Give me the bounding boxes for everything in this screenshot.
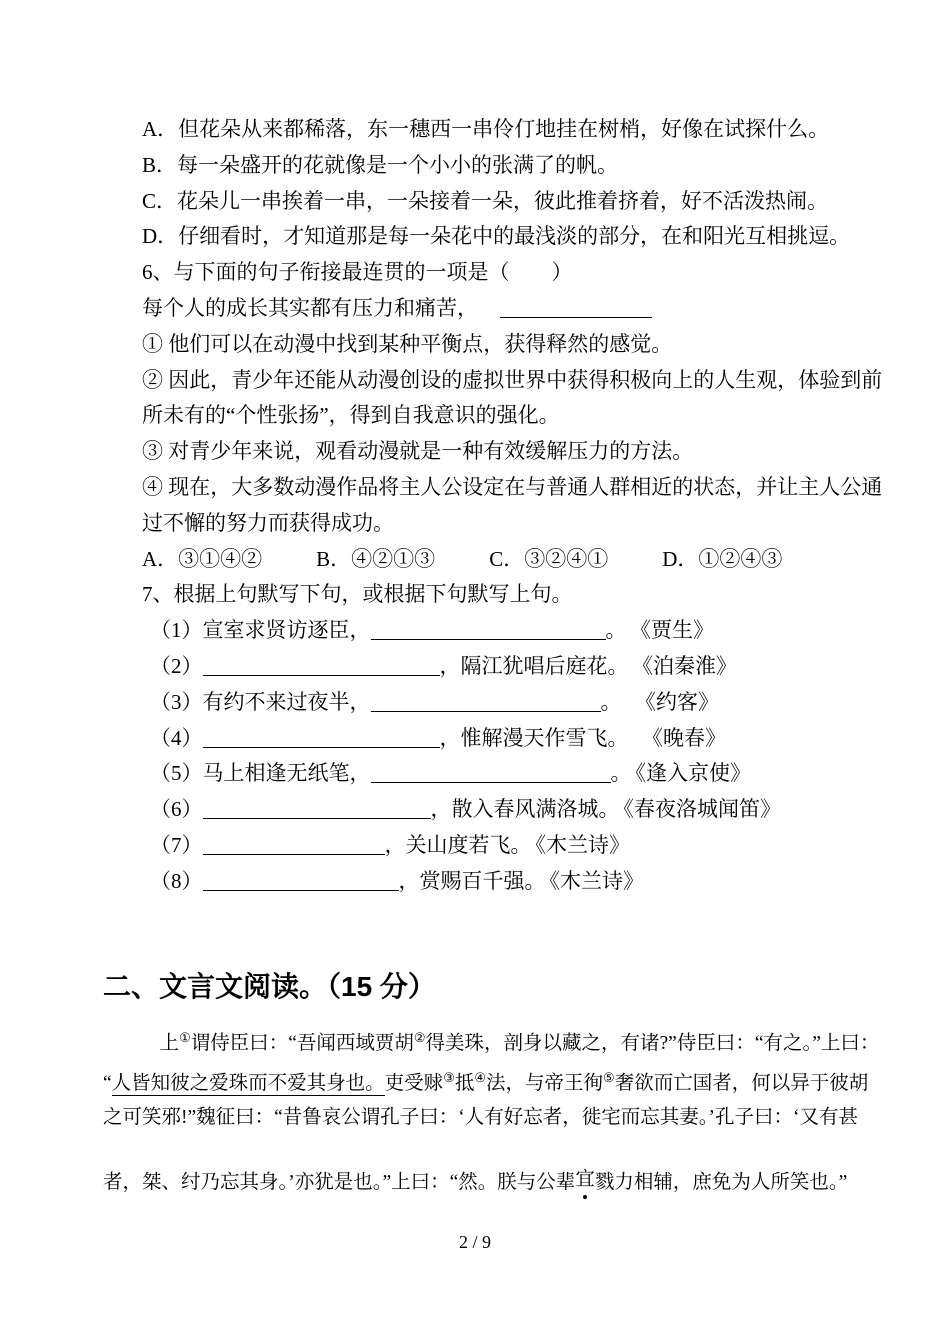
question6-lead-line: 每个人的成长其实都有压力和痛苦， [142, 291, 850, 327]
poem-title: 《晚春》 [653, 726, 727, 750]
answer-blank [371, 761, 611, 783]
question6-option-b: B．④②①③ [316, 542, 435, 578]
answer-blank [203, 869, 399, 891]
question7-stem: 7、根据上句默写下句，或根据下句默写上句。 [142, 577, 850, 613]
passage-line-1: 上①谓侍臣曰：“吾闻西域贾胡②得美珠，剖身以藏之，有诸?”侍臣曰：“有之。”上曰… [103, 1018, 852, 1058]
question6-sentence-4-wrap: 过不懈的努力而获得成功。 [142, 506, 850, 542]
verse-text: 宣室求贤访逐臣， [203, 618, 371, 642]
passage-text: 抵 [455, 1073, 475, 1094]
verse-text: ，隔江犹唱后庭花。 [440, 654, 629, 678]
passage-line-4: 者，桀、纣乃忘其身。’亦犹是也。”上曰：“然。朕与公辈宜戮力相辅，庶免为人所笑也… [103, 1160, 852, 1200]
poem-title: 《春夜洛城闻笛》 [624, 797, 782, 821]
item-number: （8） [150, 869, 203, 893]
answer-blank [500, 296, 652, 318]
answer-blank [371, 618, 606, 640]
passage-text: 得美珠，剖身以藏之，有诸?”侍臣曰：“有之。”上曰： [426, 1033, 880, 1054]
recite-item-4: （4），惟解漫天作雪飞。《晚春》 [142, 721, 850, 757]
question6-option-a: A．③①④② [142, 542, 262, 578]
question6-sentence-3: ③ 对青少年来说，观看动漫就是一种有效缓解压力的方法。 [142, 434, 850, 470]
answer-blank [371, 690, 601, 712]
question6-sentence-4: ④ 现在，大多数动漫作品将主人公设定在与普通人群相近的状态，并让主人公通 [142, 470, 850, 506]
verse-punct: 。 [601, 690, 622, 714]
poem-title: 《约客》 [646, 690, 720, 714]
verse-punct: 。 [611, 761, 632, 785]
annotation-marker-5: ⑤ [603, 1070, 615, 1085]
item-number: （3） [150, 690, 203, 714]
classical-passage: 上①谓侍臣曰：“吾闻西域贾胡②得美珠，剖身以藏之，有诸?”侍臣曰：“有之。”上曰… [103, 1018, 852, 1200]
recite-item-5: （5）马上相逢无纸笔，。《逢入京使》 [142, 756, 850, 792]
verse-text: ，关山度若飞。 [385, 833, 532, 857]
question6-option-c: C．③②④① [489, 542, 608, 578]
question5-option-d: D．仔细看时，才知道那是每一朵花中的最浅淡的部分，在和阳光互相挑逗。 [142, 219, 850, 255]
questions-section: A．但花朵从来都稀落，东一穗西一串伶仃地挂在树梢，好像在试探什么。 B．每一朵盛… [0, 0, 950, 900]
verse-text: ，惟解漫天作雪飞。 [440, 726, 629, 750]
item-number: （4） [150, 726, 203, 750]
passage-text: 戮力相辅，庶免为人所笑也。” [595, 1172, 847, 1193]
item-number: （2） [150, 654, 203, 678]
question5-option-a: A．但花朵从来都稀落，东一穗西一串伶仃地挂在树梢，好像在试探什么。 [142, 112, 850, 148]
underlined-sentence: 人皆知彼之爱珠而不爱其身也。 [112, 1073, 385, 1096]
section-heading: 二、文言文阅读。（15 分） [103, 970, 852, 1004]
recite-item-3: （3）有约不来过夜半，。《约客》 [142, 685, 850, 721]
annotation-marker-2: ② [414, 1030, 426, 1045]
recite-item-8: （8），赏赐百千强。《木兰诗》 [142, 864, 850, 900]
question5-option-c: C．花朵儿一串挨着一串，一朵接着一朵，彼此推着挤着，好不活泼热闹。 [142, 184, 850, 220]
answer-blank [203, 797, 431, 819]
passage-line-2: “人皆知彼之爱珠而不爱其身也。吏受赇③抵④法，与帝王徇⑤奢欲而亡国者，何以异于彼… [103, 1058, 852, 1098]
item-number: （7） [150, 833, 203, 857]
recite-item-1: （1）宣室求贤访逐臣，。《贾生》 [142, 613, 850, 649]
poem-title: 《木兰诗》 [536, 833, 631, 857]
item-number: （5） [150, 761, 203, 785]
poem-title: 《贾生》 [641, 618, 715, 642]
answer-blank [203, 654, 440, 676]
passage-text: “ [103, 1073, 112, 1094]
question6-sentence-2-wrap: 所未有的“个性张扬”，得到自我意识的强化。 [142, 398, 850, 434]
passage-text: 奢欲而亡国者，何以异于彼胡 [615, 1073, 869, 1094]
recite-item-7: （7），关山度若飞。《木兰诗》 [142, 828, 850, 864]
poem-title: 《木兰诗》 [550, 869, 645, 893]
question6-answer-options: A．③①④② B．④②①③ C．③②④① D．①②④③ [142, 542, 850, 578]
exam-page: A．但花朵从来都稀落，东一穗西一串伶仃地挂在树梢，好像在试探什么。 B．每一朵盛… [0, 0, 950, 1344]
poem-title: 《逢入京使》 [636, 761, 752, 785]
verse-text: 马上相逢无纸笔， [203, 761, 371, 785]
passage-line-3: 之可笑邪!”魏征曰：“昔鲁哀公谓孔子曰：‘人有好忘者，徙宅而忘其妻。’孔子曰：‘… [103, 1098, 852, 1138]
passage-text: 谓侍臣曰：“吾闻西域贾胡 [191, 1033, 414, 1054]
question6-sentence-1: ① 他们可以在动漫中找到某种平衡点，获得释然的感觉。 [142, 327, 850, 363]
item-number: （1） [150, 618, 203, 642]
question6-lead-text: 每个人的成长其实都有压力和痛苦， [142, 296, 478, 320]
answer-blank [203, 833, 385, 855]
question6-option-d: D．①②④③ [662, 542, 782, 578]
annotation-marker-4: ④ [474, 1070, 486, 1085]
verse-text: 有约不来过夜半， [203, 690, 371, 714]
passage-text: 上 [160, 1033, 180, 1054]
passage-text: 吏受赇 [385, 1073, 444, 1094]
annotation-marker-1: ① [179, 1030, 191, 1045]
classical-reading-section: 二、文言文阅读。（15 分） 上①谓侍臣曰：“吾闻西域贾胡②得美珠，剖身以藏之，… [0, 970, 950, 1200]
poem-title: 《泊秦淮》 [643, 654, 738, 678]
passage-text: 法，与帝王徇 [486, 1073, 603, 1094]
question6-sentence-2: ② 因此，青少年还能从动漫创设的虚拟世界中获得积极向上的人生观，体验到前 [142, 363, 850, 399]
item-number: （6） [150, 797, 203, 821]
emphasized-char: 宜 [575, 1169, 595, 1190]
page-number: 2 / 9 [0, 1232, 950, 1253]
passage-text: 者，桀、纣乃忘其身。’亦犹是也。”上曰：“然。朕与公辈 [103, 1172, 575, 1193]
recite-item-2: （2），隔江犹唱后庭花。《泊秦淮》 [142, 649, 850, 685]
verse-text: ，赏赐百千强。 [399, 869, 546, 893]
question6-stem: 6、与下面的句子衔接最连贯的一项是（ ） [142, 255, 850, 291]
recite-item-6: （6），散入春风满洛城。《春夜洛城闻笛》 [142, 792, 850, 828]
verse-text: ，散入春风满洛城。 [431, 797, 620, 821]
question5-option-b: B．每一朵盛开的花就像是一个小小的张满了的帆。 [142, 148, 850, 184]
annotation-marker-3: ③ [443, 1070, 455, 1085]
verse-punct: 。 [606, 618, 627, 642]
answer-blank [203, 726, 440, 748]
